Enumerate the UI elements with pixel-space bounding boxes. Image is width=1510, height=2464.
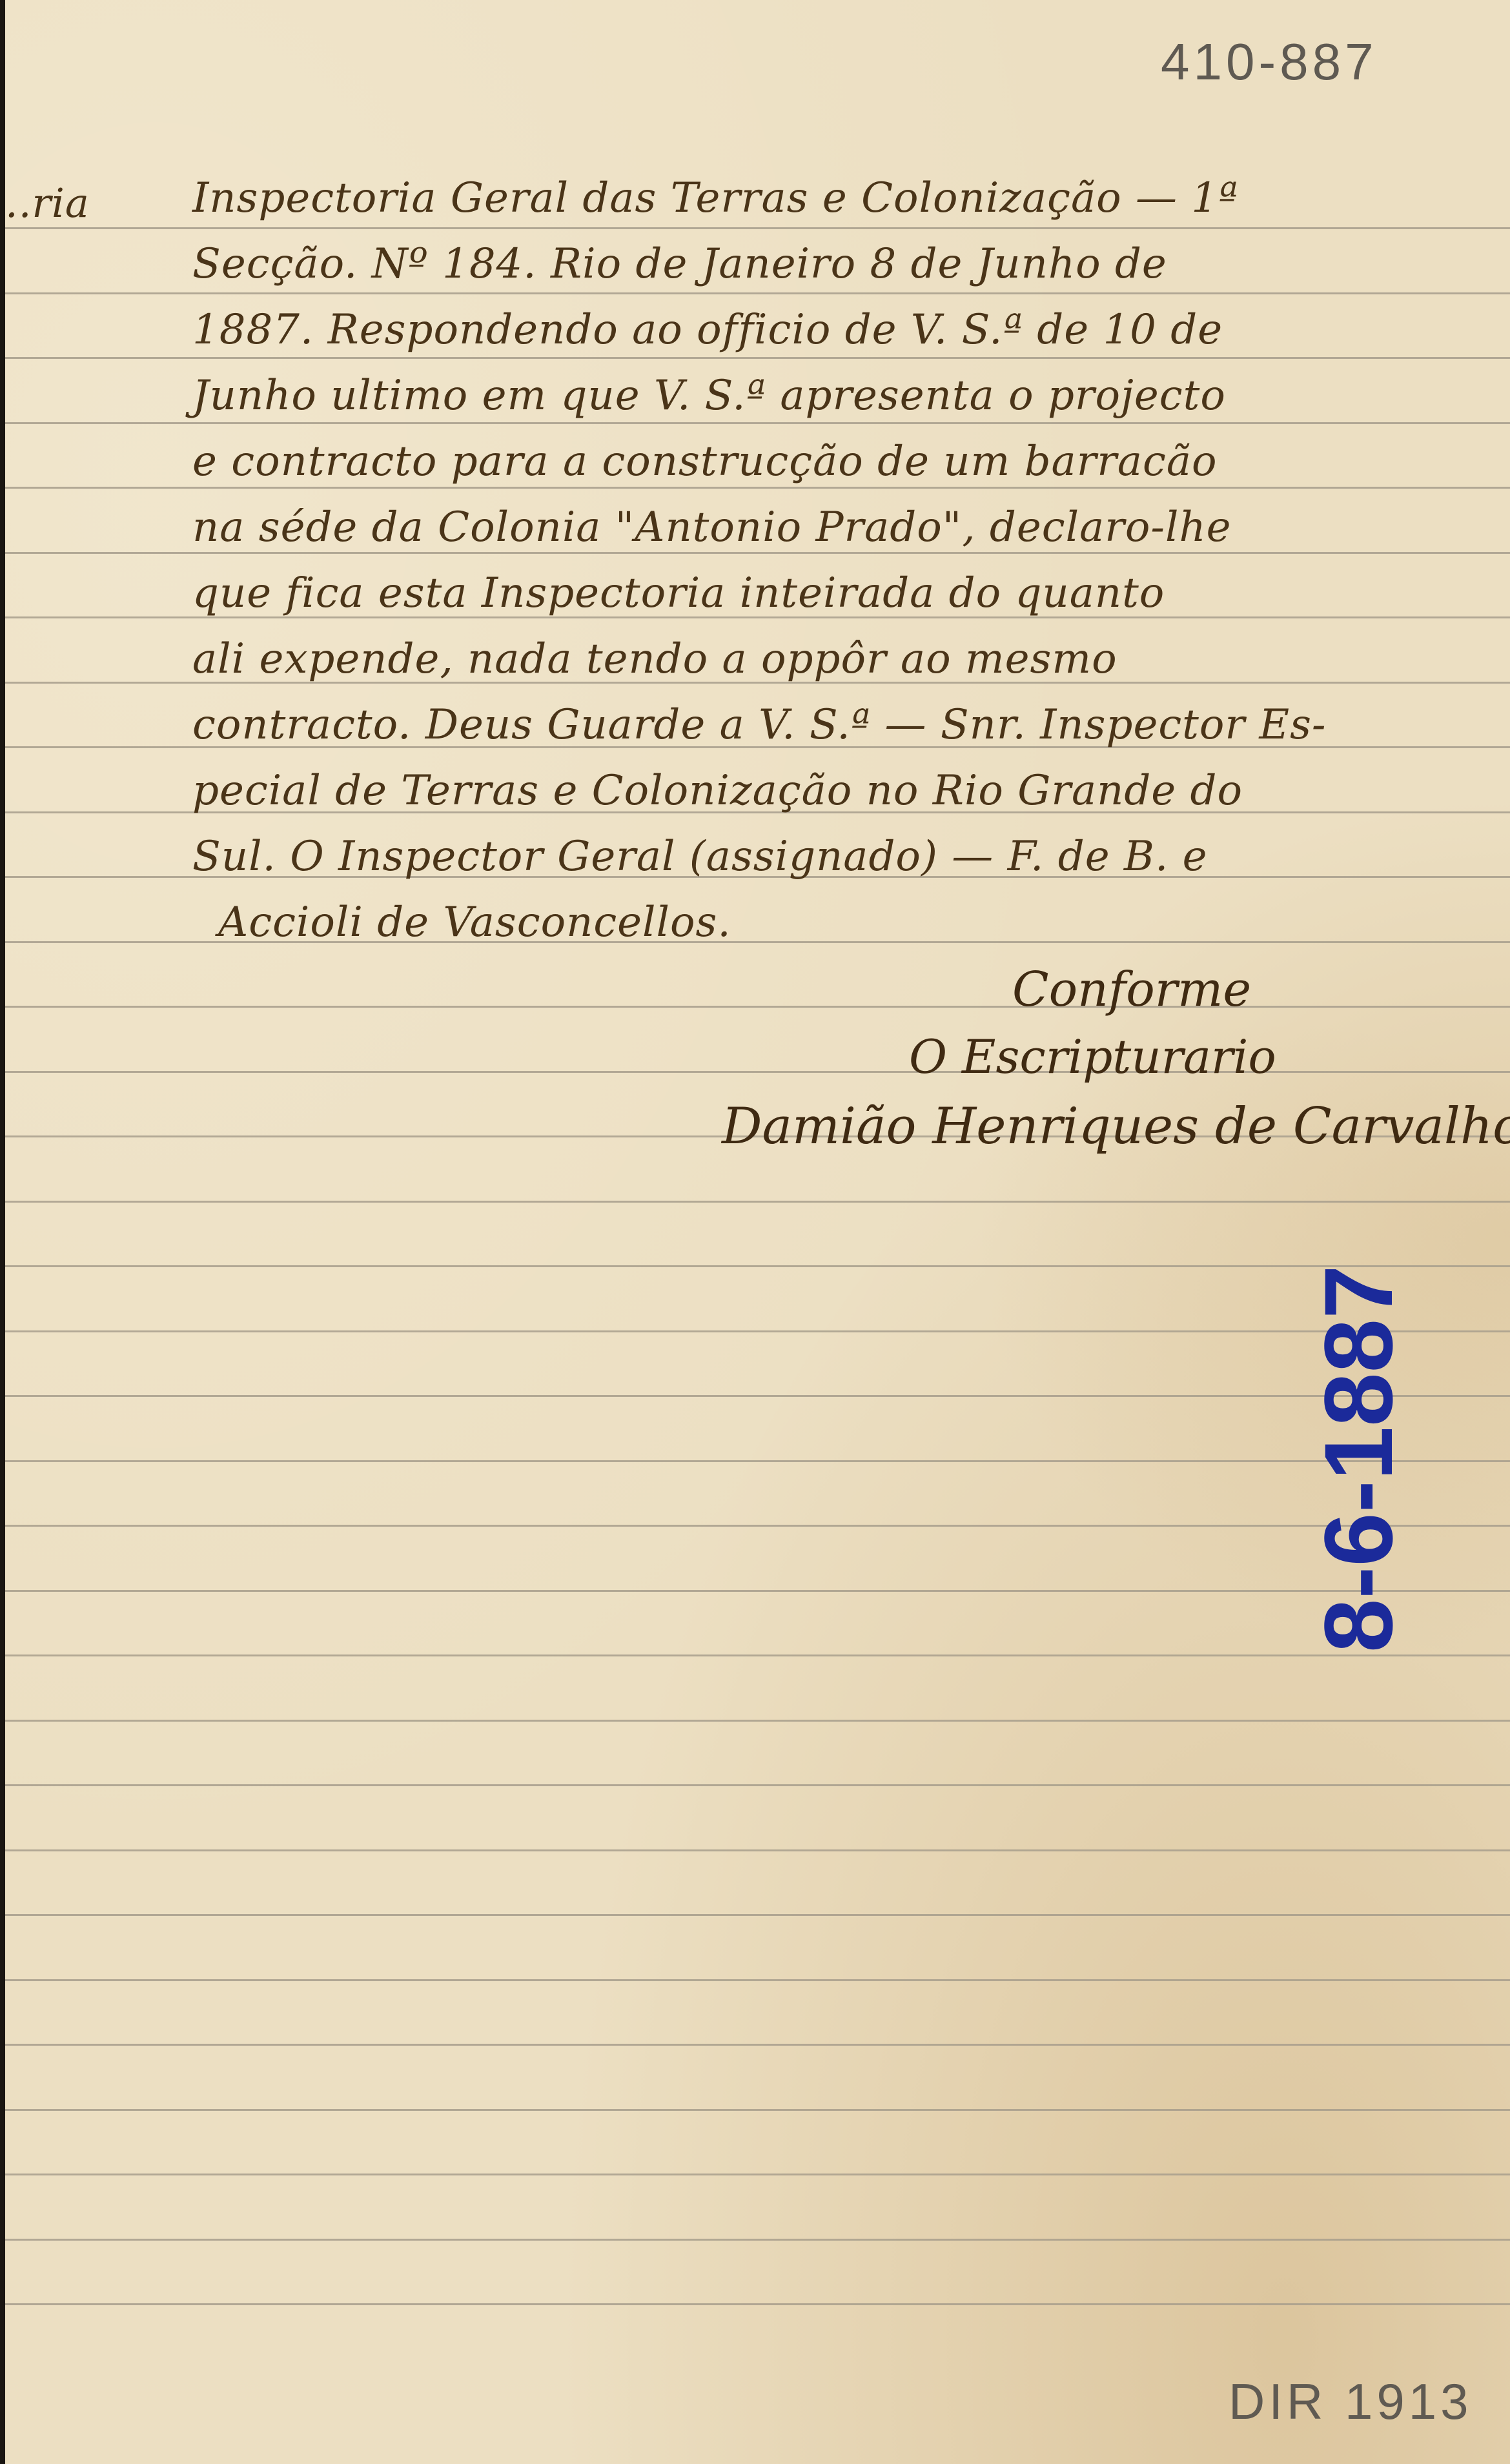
letter-line: contracto. Deus Guarde a V. S.ª — Snr. I… — [192, 701, 1327, 749]
ruled-line — [5, 487, 1510, 489]
letter-line: na séde da Colonia "Antonio Prado", decl… — [192, 504, 1232, 551]
ruled-line — [5, 2239, 1510, 2241]
ruled-line — [5, 292, 1510, 294]
clerk-title: O Escripturario — [909, 1030, 1276, 1084]
conforme-text: Conforme — [1012, 962, 1251, 1017]
ruled-line — [5, 1071, 1510, 1073]
letter-line: Junho ultimo em que V. S.ª apresenta o p… — [192, 372, 1226, 420]
ruled-line — [5, 1330, 1510, 1332]
ruled-line — [5, 1655, 1510, 1656]
letter-line: 1887. Respondendo ao officio de V. S.ª d… — [192, 306, 1223, 354]
ruled-line — [5, 552, 1510, 554]
ruled-line — [5, 1460, 1510, 1462]
ruled-line — [5, 2044, 1510, 2046]
ruled-line — [5, 1525, 1510, 1527]
letter-line: Inspectoria Geral das Terras e Colonizaç… — [192, 174, 1238, 222]
date-annotation: 8-6-1887 — [1303, 1265, 1414, 1653]
archive-reference-bottom: DIR 1913 — [1229, 2372, 1473, 2431]
letter-line: que fica esta Inspectoria inteirada do q… — [192, 569, 1165, 617]
letter-line: e contracto para a construcção de um bar… — [192, 438, 1218, 485]
ruled-line — [5, 1395, 1510, 1397]
letter-line: Sul. O Inspector Geral (assignado) — F. … — [192, 833, 1208, 881]
letter-line: Accioli de Vasconcellos. — [218, 899, 731, 946]
ruled-line — [5, 1784, 1510, 1786]
letter-line: Secção. Nº 184. Rio de Janeiro 8 de Junh… — [192, 240, 1167, 288]
ruled-line — [5, 1914, 1510, 1916]
ruled-line — [5, 1979, 1510, 1981]
margin-fragment: ..ria — [5, 179, 90, 227]
ruled-line — [5, 1006, 1510, 1008]
clerk-signature: Damião Henriques de Carvalho — [722, 1097, 1510, 1156]
ruled-line — [5, 1849, 1510, 1851]
ruled-line — [5, 227, 1510, 229]
ruled-line — [5, 1590, 1510, 1592]
ruled-line — [5, 2303, 1510, 2305]
ruled-line — [5, 1720, 1510, 1722]
ruled-line — [5, 2174, 1510, 2175]
ruled-line — [5, 2109, 1510, 2111]
archive-reference-top: 410-887 — [1161, 32, 1378, 92]
ruled-line — [5, 1265, 1510, 1267]
ruled-line — [5, 422, 1510, 424]
ruled-line — [5, 1201, 1510, 1203]
ruled-line — [5, 357, 1510, 359]
letter-line: pecial de Terras e Colonização no Rio Gr… — [192, 767, 1243, 815]
manuscript-page: 410-887 ..ria Inspectoria Geral das Terr… — [5, 0, 1510, 2464]
letter-line: ali expende, nada tendo a oppôr ao mesmo — [192, 635, 1117, 683]
